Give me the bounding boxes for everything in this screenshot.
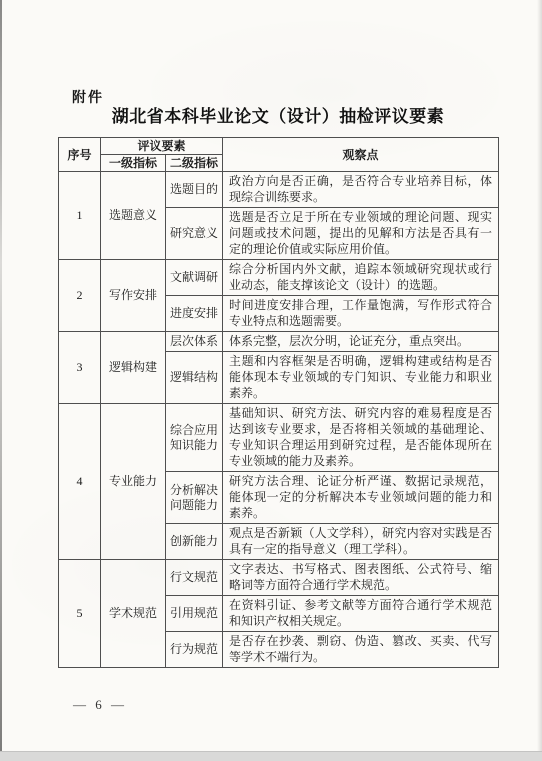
level2-cell: 引用规范 xyxy=(166,596,223,632)
col-header-serial: 序号 xyxy=(59,138,101,172)
level1-cell: 专业能力 xyxy=(101,404,166,560)
level2-cell: 文献调研 xyxy=(166,260,223,296)
serial-cell: 3 xyxy=(59,332,101,404)
table-row: 2 写作安排 文献调研 综合分析国内外文献，追踪本领域研究现状或行业动态，能支撑… xyxy=(59,260,499,296)
col-header-review-elements: 评议要素 xyxy=(101,138,223,155)
header-row-1: 序号 评议要素 观察点 xyxy=(59,138,499,155)
serial-cell: 2 xyxy=(59,260,101,332)
observation-cell: 时间进度安排合理，工作量饱满，写作形式符合专业特点和选题需要。 xyxy=(223,296,499,332)
observation-cell: 在资料引证、参考文献等方面符合通行学术规范和知识产权相关规定。 xyxy=(223,596,499,632)
observation-cell: 基础知识、研究方法、研究内容的难易程度是否达到该专业要求，是否将相关领域的基础理… xyxy=(223,404,499,472)
document-title: 湖北省本科毕业论文（设计）抽检评议要素 xyxy=(58,102,498,127)
table-row: 5 学术规范 行文规范 文字表达、书写格式、图表图纸、公式符号、缩略词等方面符合… xyxy=(59,560,499,596)
level1-cell: 学术规范 xyxy=(101,560,166,668)
table-header: 序号 评议要素 观察点 一级指标 二级指标 xyxy=(59,138,499,172)
page-number: — 6 — xyxy=(73,697,127,713)
level2-cell: 分析解决问题能力 xyxy=(166,472,223,524)
col-header-level1: 一级指标 xyxy=(101,155,166,172)
table-row: 3 逻辑构建 层次体系 体系完整，层次分明，论证充分，重点突出。 xyxy=(59,332,499,352)
serial-cell: 4 xyxy=(59,404,101,560)
level2-cell: 逻辑结构 xyxy=(166,352,223,404)
level2-cell: 创新能力 xyxy=(166,524,223,560)
table-row: 4 专业能力 综合应用知识能力 基础知识、研究方法、研究内容的难易程度是否达到该… xyxy=(59,404,499,472)
observation-cell: 政治方向是否正确，是否符合专业培养目标，体现综合训练要求。 xyxy=(223,172,499,208)
scan-left-edge xyxy=(0,0,2,752)
table-row: 1 选题意义 选题目的 政治方向是否正确，是否符合专业培养目标，体现综合训练要求… xyxy=(59,172,499,208)
level2-cell: 行为规范 xyxy=(166,632,223,668)
level2-cell: 选题目的 xyxy=(166,172,223,208)
level1-cell: 选题意义 xyxy=(101,172,166,260)
observation-cell: 研究方法合理、论证分析严谨、数据记录规范，能体现一定的分析解决本专业领域问题的能… xyxy=(223,472,499,524)
level2-cell: 进度安排 xyxy=(166,296,223,332)
level1-cell: 写作安排 xyxy=(101,260,166,332)
level2-cell: 研究意义 xyxy=(166,208,223,260)
scanned-document-page: 附件 湖北省本科毕业论文（设计）抽检评议要素 序号 评议要素 观察点 一级指标 … xyxy=(0,0,542,761)
observation-cell: 选题是否立足于所在专业领域的理论问题、现实问题或技术问题，提出的见解和方法是否具… xyxy=(223,208,499,260)
serial-cell: 5 xyxy=(59,560,101,668)
col-header-observation: 观察点 xyxy=(223,138,499,172)
col-header-level2: 二级指标 xyxy=(166,155,223,172)
observation-cell: 体系完整，层次分明，论证充分，重点突出。 xyxy=(223,332,499,352)
observation-cell: 是否存在抄袭、剽窃、伪造、篡改、买卖、代写等学术不端行为。 xyxy=(223,632,499,668)
scan-right-edge-shadow xyxy=(537,0,542,752)
observation-cell: 文字表达、书写格式、图表图纸、公式符号、缩略词等方面符合通行学术规范。 xyxy=(223,560,499,596)
observation-cell: 观点是否新颖（人文学科），研究内容对实践是否具有一定的指导意义（理工学科）。 xyxy=(223,524,499,560)
level2-cell: 行文规范 xyxy=(166,560,223,596)
level1-cell: 逻辑构建 xyxy=(101,332,166,404)
observation-cell: 综合分析国内外文献，追踪本领域研究现状或行业动态，能支撑该论文（设计）的选题。 xyxy=(223,260,499,296)
table-body: 1 选题意义 选题目的 政治方向是否正确，是否符合专业培养目标，体现综合训练要求… xyxy=(59,172,499,668)
level2-cell: 层次体系 xyxy=(166,332,223,352)
serial-cell: 1 xyxy=(59,172,101,260)
scan-bottom-strip xyxy=(0,751,542,761)
level2-cell: 综合应用知识能力 xyxy=(166,404,223,472)
review-elements-table: 序号 评议要素 观察点 一级指标 二级指标 1 选题意义 选题目的 政治方向是否… xyxy=(58,137,499,668)
observation-cell: 主题和内容框架是否明确，逻辑构建或结构是否能体现本专业领域的专门知识、专业能力和… xyxy=(223,352,499,404)
